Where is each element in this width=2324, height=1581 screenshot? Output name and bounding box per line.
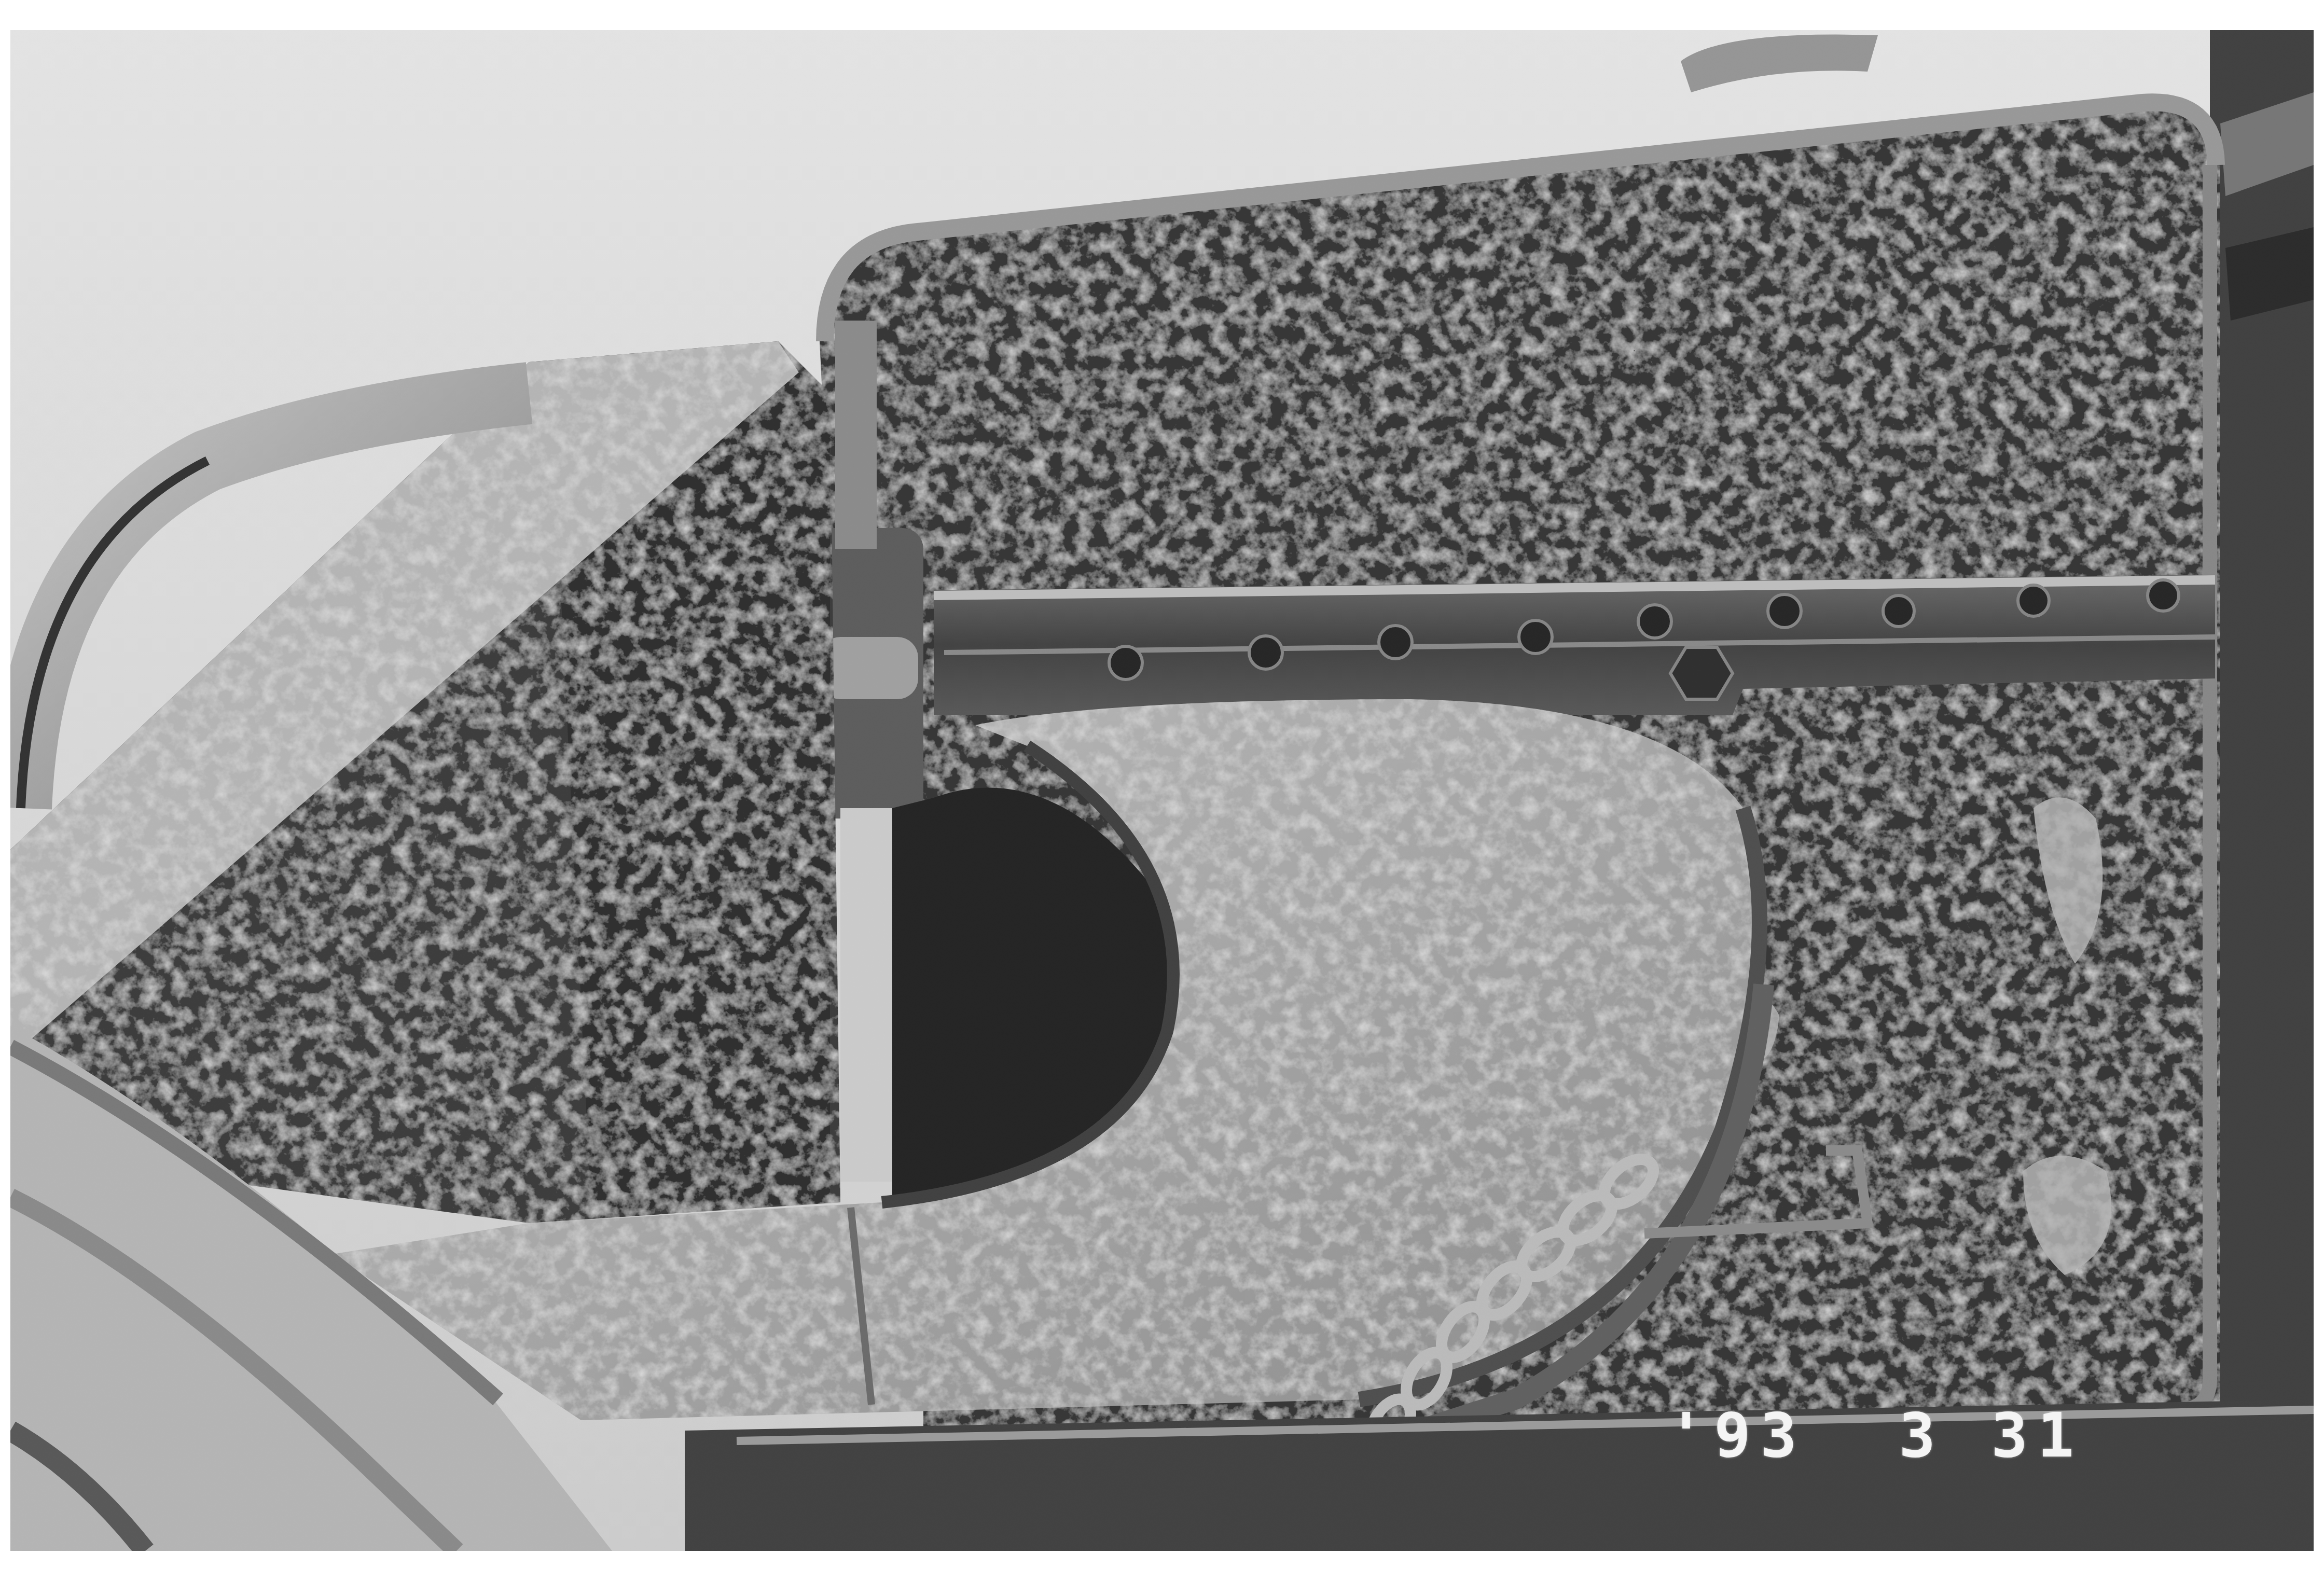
film-grain [10,30,2314,1551]
date-stamp: '93 3 31 [1668,1399,2083,1471]
photo-scene [10,30,2314,1551]
photograph: '93 3 31 Black-and-white photograph of a… [10,30,2314,1551]
